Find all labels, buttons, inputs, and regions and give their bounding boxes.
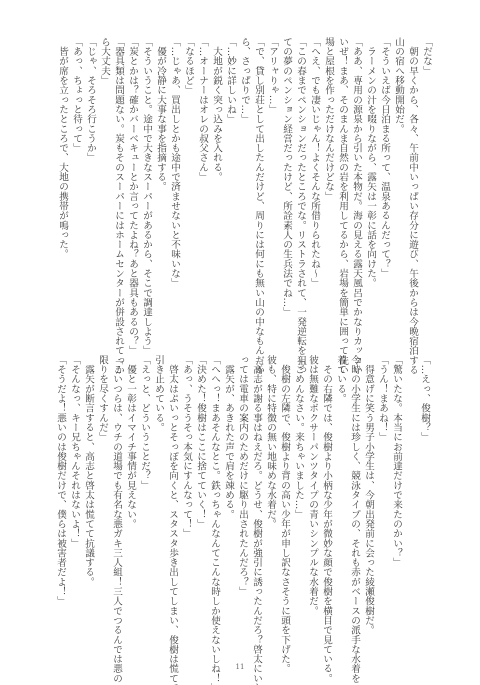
text-line: その右隣では、俊樹より小柄な少年が微妙な顔で俊樹を横目で見ている。 bbox=[319, 355, 333, 627]
text-line: ラーメンの汁を啜りながら、露矢は一彰に話を向けた。 bbox=[363, 37, 377, 319]
text-line: 今時の小学生には珍しく、競泳タイプの、それも赤がベースの派手な水着を bbox=[347, 355, 361, 627]
text-line: 優と一彰はイマイチ事情が見えない。 bbox=[123, 355, 137, 627]
text-line: 引き止めている。 bbox=[151, 355, 165, 627]
text-line: 着ている。 bbox=[333, 355, 347, 627]
text-line: 「…じゃあ、買出しとかも途中で済ませないと不味いな」 bbox=[167, 37, 181, 319]
text-line: っては電車の案内のためだけに駆り出されたんだろ？」 bbox=[235, 355, 249, 627]
text-line: 限りを尽くすんだ」 bbox=[95, 355, 109, 627]
text-line: 「あっ、ちょっと待って」 bbox=[69, 37, 83, 319]
text-line: 「へえ、でも凄いじゃん！よくそんな所借りられたね～」 bbox=[307, 37, 321, 319]
text-line: 「へへっ！まあそんなとこ。鉄っちゃんなんてこんな時しか使えないしね！」 bbox=[207, 355, 221, 627]
text-line: 優が冷静に大事な事を指摘する。 bbox=[153, 37, 167, 319]
text-line: 山の宿へ移動開始だ。 bbox=[391, 37, 405, 319]
text-line: 啓太はぷいっとそっぽを向くと、スタスタ歩き出してしまい、俊樹は慌てて bbox=[165, 355, 179, 627]
text-block-upper: 「だな」 朝の早くから、各々、午前中いっぱい存分に遊び、午後からは今晩宿泊する … bbox=[55, 37, 433, 319]
text-line: 「…えっ、俊樹？」 bbox=[417, 355, 431, 627]
text-line: 俊樹の左隣で、俊樹より背の高い少年が申し訳なさそうに頭を下げた。 bbox=[277, 355, 291, 627]
text-line: 「じゃ、そろそろ行こうか」 bbox=[83, 37, 97, 319]
text-line: 「驚いたな。本当にお前達だけで来たのかい？」 bbox=[389, 355, 403, 627]
text-line: 「炭とかは？確かバーベキューとか言ってたよね？あと器具もあるの？」 bbox=[125, 37, 139, 319]
text-line: 「そうだよ！悪いのは俊樹だけで、僕らは被害者だよ！」 bbox=[53, 355, 67, 627]
text-line: 得意げに笑う男子小学生は、今朝出発前に会った綾瀬俊樹だ。 bbox=[361, 355, 375, 627]
text-line: 「…妙に詳しいね」 bbox=[223, 37, 237, 319]
text-line: 「アリャりゃ…」 bbox=[265, 37, 279, 319]
text-line: 彼も、特に特徴の無い地味めな水着だ。 bbox=[263, 355, 277, 627]
text-line: 「この春までペンションだったところでな。リストラされて、一発逆転を狙っ bbox=[293, 37, 307, 319]
text-line: 「あっ、うそうそっ本気にすんなって！」 bbox=[179, 355, 193, 627]
text-line: 「器具類は問題ない。炭もそのスーパーにはホームセンターが併設されてっか bbox=[111, 37, 125, 319]
text-line: 「うん！まあね！」 bbox=[375, 355, 389, 627]
blank-line bbox=[403, 355, 417, 627]
text-line: ら大丈夫」 bbox=[97, 37, 111, 319]
text-line: 「えっと、どういうことだ？」 bbox=[137, 355, 151, 627]
text-line: 露矢が断言すると、高志と啓太は慌てて抗議する。 bbox=[81, 355, 95, 627]
text-line: いぜ！まあ、そのまんま自然の岩を利用してるから、岩場を簡単に囲って洗い bbox=[335, 37, 349, 319]
text-line: 露矢が、あきれた声で肩を竦める。 bbox=[221, 355, 235, 627]
page-number: 11 bbox=[0, 663, 480, 671]
text-line: 「そういうこと。途中で大きなスーパーがあるから、そこで調達しよう」 bbox=[139, 37, 153, 319]
text-line: 「だな」 bbox=[419, 37, 433, 319]
text-line: 彼は無難なボクサーパンツタイプの青いシンプルな水着だ。 bbox=[305, 355, 319, 627]
text-line: 皆が席を立ったところで、大地の携帯が鳴った。 bbox=[55, 37, 69, 319]
text-line: 大地が鋭く突っ込みを入れる。 bbox=[209, 37, 223, 319]
book-page: 「だな」 朝の早くから、各々、午前中いっぱい存分に遊び、午後からは今晩宿泊する … bbox=[0, 0, 480, 685]
text-line: 「ごめんなさい。来ちゃいました…」 bbox=[291, 355, 305, 627]
text-line: 「ああ、専用の源泉から引いた本物だ。海の見える露天風呂でかなりカッコい bbox=[349, 37, 363, 319]
text-line: 場と屋根を作っただけなんだけどな」 bbox=[321, 37, 335, 319]
text-block-lower: 「…えっ、俊樹？」 「驚いたな。本当にお前達だけで来たのかい？」 「うん！まあね… bbox=[53, 355, 431, 627]
text-line: ら、さっぱりで…」 bbox=[237, 37, 251, 319]
text-line: 「決めた！俊樹はここに捨てていく！」 bbox=[193, 355, 207, 627]
text-line: 「で、貸し別荘として出したんだけど、周りには何にも無い山の中なもんだか bbox=[251, 37, 265, 319]
text-line: ての夢のペンション経営だったけど、所詮素人の生兵法でね…」 bbox=[279, 37, 293, 319]
text-line: 「そういえば今日泊まる所って、温泉あるんだって？」 bbox=[377, 37, 391, 319]
text-line: 「そんなっ、キー兄ちゃんそれはないよ！」 bbox=[67, 355, 81, 627]
text-line: 「なるほど」 bbox=[181, 37, 195, 319]
text-line: 「…オーナーはオレの叔父さん」 bbox=[195, 37, 209, 319]
text-line: 「高志が謝る事はねえだろ。どうせ、俊樹が強引に誘ったんだろ？啓太にいた bbox=[249, 355, 263, 627]
text-line: 朝の早くから、各々、午前中いっぱい存分に遊び、午後からは今晩宿泊する bbox=[405, 37, 419, 319]
text-line: 「こいつらは、ウチの道場でも有名な悪ガキ三人組！三人でつるんでは悪の bbox=[109, 355, 123, 627]
